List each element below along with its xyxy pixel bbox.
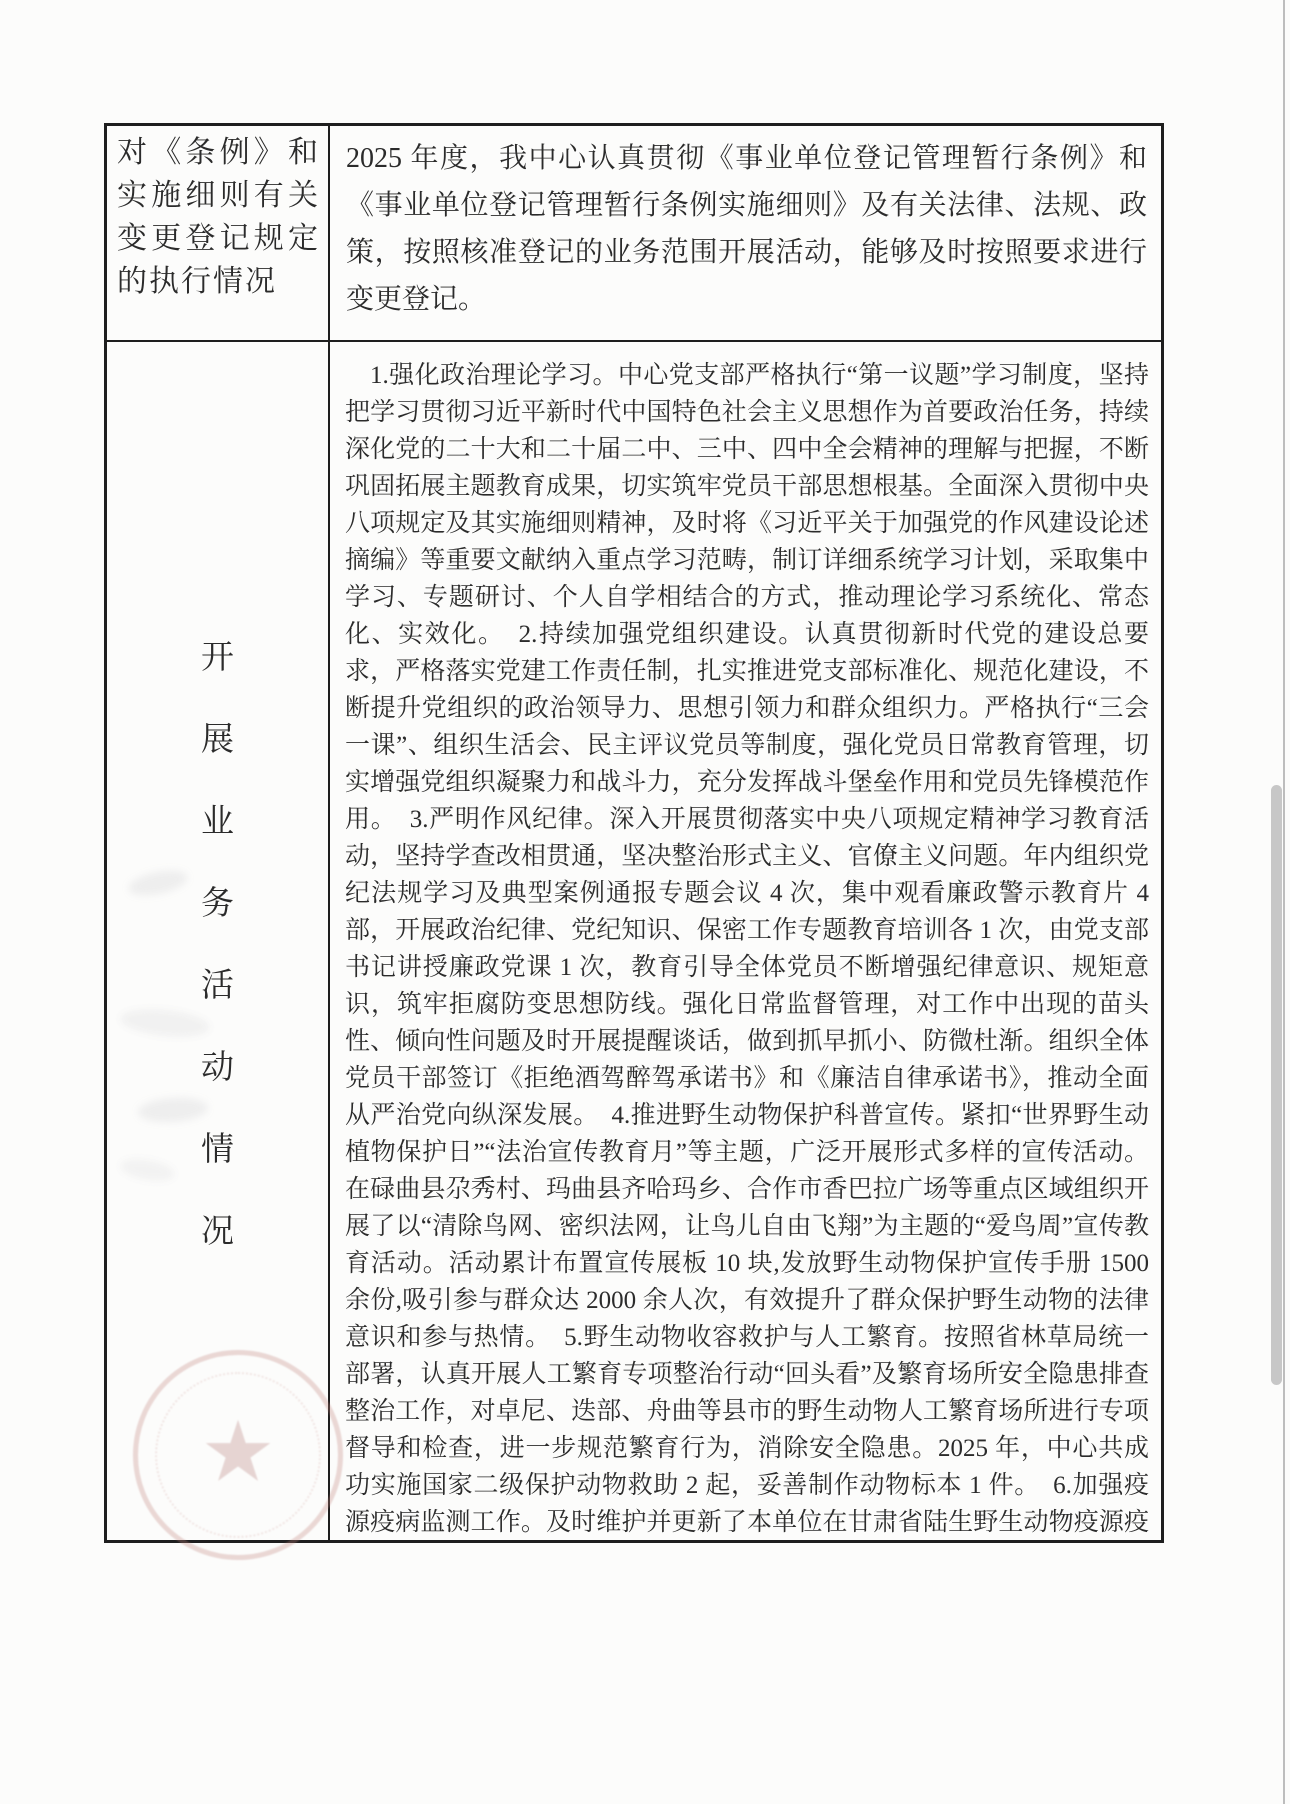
activities-label-char: 开 <box>201 631 234 678</box>
scanned-document-page: 对《条例》和实施细则有关变更登记规定的执行情况 2025 年度，我中心认真贯彻《… <box>0 0 1290 1804</box>
compliance-row-label: 对《条例》和实施细则有关变更登记规定的执行情况 <box>107 126 330 342</box>
registration-report-table: 对《条例》和实施细则有关变更登记规定的执行情况 2025 年度，我中心认真贯彻《… <box>104 123 1164 1543</box>
activities-label-char: 况 <box>201 1205 234 1252</box>
activities-label-char: 务 <box>201 877 234 924</box>
activities-row-label: 开 展 业 务 活 动 情 况 <box>107 342 330 1540</box>
scrollbar-track[interactable] <box>1283 0 1285 1804</box>
activities-label-char: 展 <box>201 713 234 760</box>
compliance-row-content: 2025 年度，我中心认真贯彻《事业单位登记管理暂行条例》和《事业单位登记管理暂… <box>330 126 1161 342</box>
activities-label-char: 活 <box>201 959 234 1006</box>
activities-label-char: 情 <box>201 1123 234 1170</box>
activities-label-char: 动 <box>201 1041 234 1088</box>
scrollbar-thumb[interactable] <box>1271 785 1282 1385</box>
activities-row-content: 1.强化政治理论学习。中心党支部严格执行“第一议题”学习制度，坚持把学习贯彻习近… <box>330 342 1161 1540</box>
activities-label-char: 业 <box>201 795 234 842</box>
